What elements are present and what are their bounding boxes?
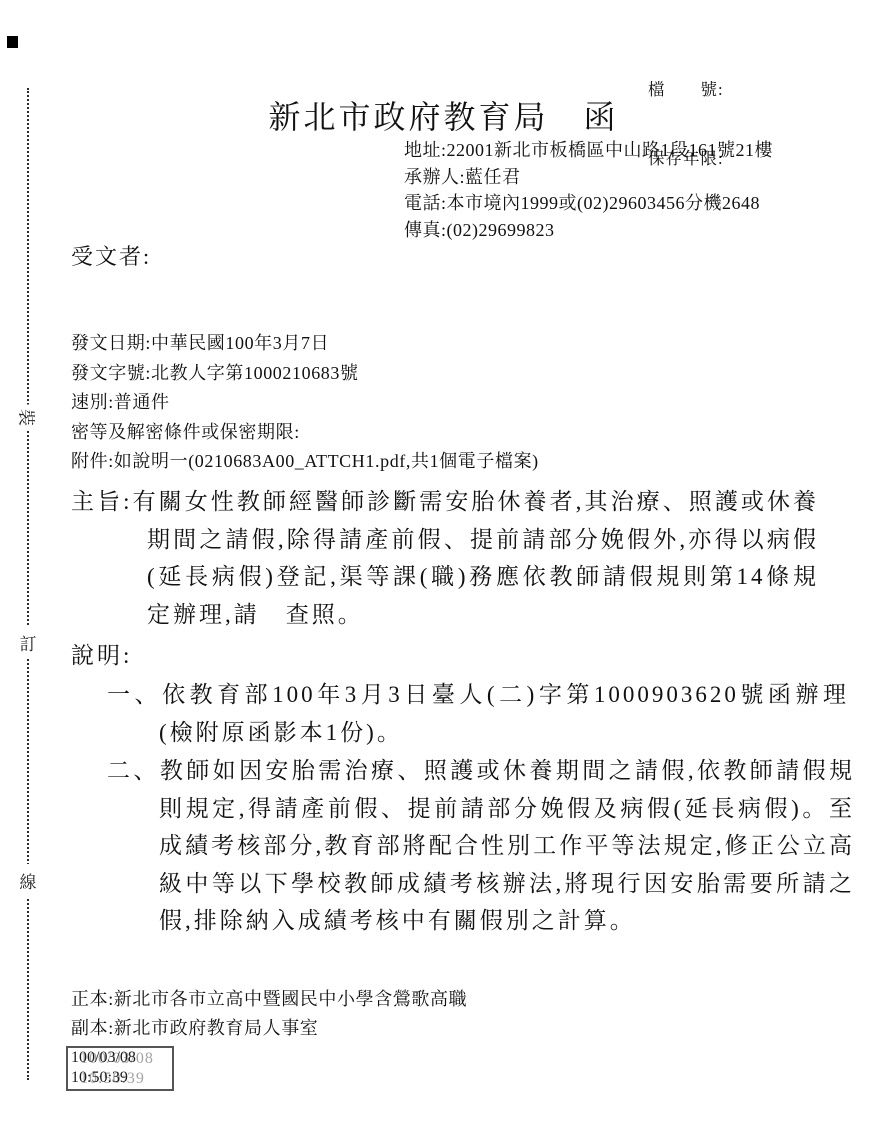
sender-contact-person: 承辦人:藍任君 [404, 164, 773, 191]
binding-mark-ding: 訂 [15, 626, 41, 659]
document-page: 裝 訂 線 檔 號: 保存年限: 新北市政府教育局 函 地址:22001新北市板… [0, 0, 887, 1123]
subject-text: 有關女性教師經醫師診斷需安胎休養者,其治療、照護或休養期間之請假,除得請產前假、… [133, 489, 819, 627]
cc-copy-line: 副本:新北市政府教育局人事室 [71, 1014, 318, 1040]
security-classification-line: 密等及解密條件或保密期限: [71, 418, 539, 448]
sender-info: 地址:22001新北市板橋區中山路1段161號21樓 承辦人:藍任君 電話:本市… [404, 137, 773, 243]
item-2-marker: 二、 [107, 758, 160, 783]
corner-registration-mark [7, 36, 18, 48]
binding-mark-xian: 線 [15, 864, 41, 897]
description-item-2: 二、教師如因安胎需治療、照護或休養期間之請假,依教師請假規則規定,得請產前假、提… [107, 752, 855, 940]
description-label: 說明: [71, 637, 132, 670]
issue-date-line: 發文日期:中華民國100年3月7日 [71, 329, 539, 359]
subject-label: 主旨: [71, 489, 133, 514]
description-item-1: 一、依教育部100年3月3日臺人(二)字第1000903620號函辦理(檢附原函… [107, 676, 849, 751]
item-2-text: 教師如因安胎需治療、照護或休養期間之請假,依教師請假規則規定,得請產前假、提前請… [159, 758, 855, 933]
sender-fax: 傳真:(02)29699823 [404, 217, 773, 244]
recipient-label: 受文者: [71, 240, 151, 271]
sender-phone: 電話:本市境內1999或(02)29603456分機2648 [404, 190, 773, 217]
timestamp-date: 100/03/08 [71, 1049, 136, 1066]
timestamp-time-line: 10:50:39 10:50:39 [71, 1068, 172, 1088]
document-meta: 發文日期:中華民國100年3月7日 發文字號:北教人字第1000210683號 … [71, 329, 539, 477]
priority-line: 速別:普通件 [71, 388, 539, 418]
original-copy-line: 正本:新北市各市立高中暨國民中小學含鶯歌高職 [71, 985, 467, 1011]
item-1-text: 依教育部100年3月3日臺人(二)字第1000903620號函辦理(檢附原函影本… [159, 682, 849, 745]
binding-mark-zhuang: 裝 [12, 405, 45, 431]
timestamp-date-line: 100/03/08 100/03/08 [71, 1048, 172, 1068]
sender-address: 地址:22001新北市板橋區中山路1段161號21樓 [404, 137, 773, 164]
document-title: 新北市政府教育局 函 [0, 92, 887, 138]
subject-section: 主旨:有關女性教師經醫師診斷需安胎休養者,其治療、照護或休養期間之請假,除得請產… [71, 483, 819, 633]
attachment-line: 附件:如說明一(0210683A00_ATTCH1.pdf,共1個電子檔案) [71, 447, 539, 477]
timestamp-time: 10:50:39 [71, 1069, 128, 1086]
item-1-marker: 一、 [107, 682, 162, 707]
timestamp-stamp: 100/03/08 100/03/08 10:50:39 10:50:39 [66, 1046, 174, 1091]
binding-dotted-line [27, 88, 29, 1080]
issue-number-line: 發文字號:北教人字第1000210683號 [71, 359, 539, 389]
